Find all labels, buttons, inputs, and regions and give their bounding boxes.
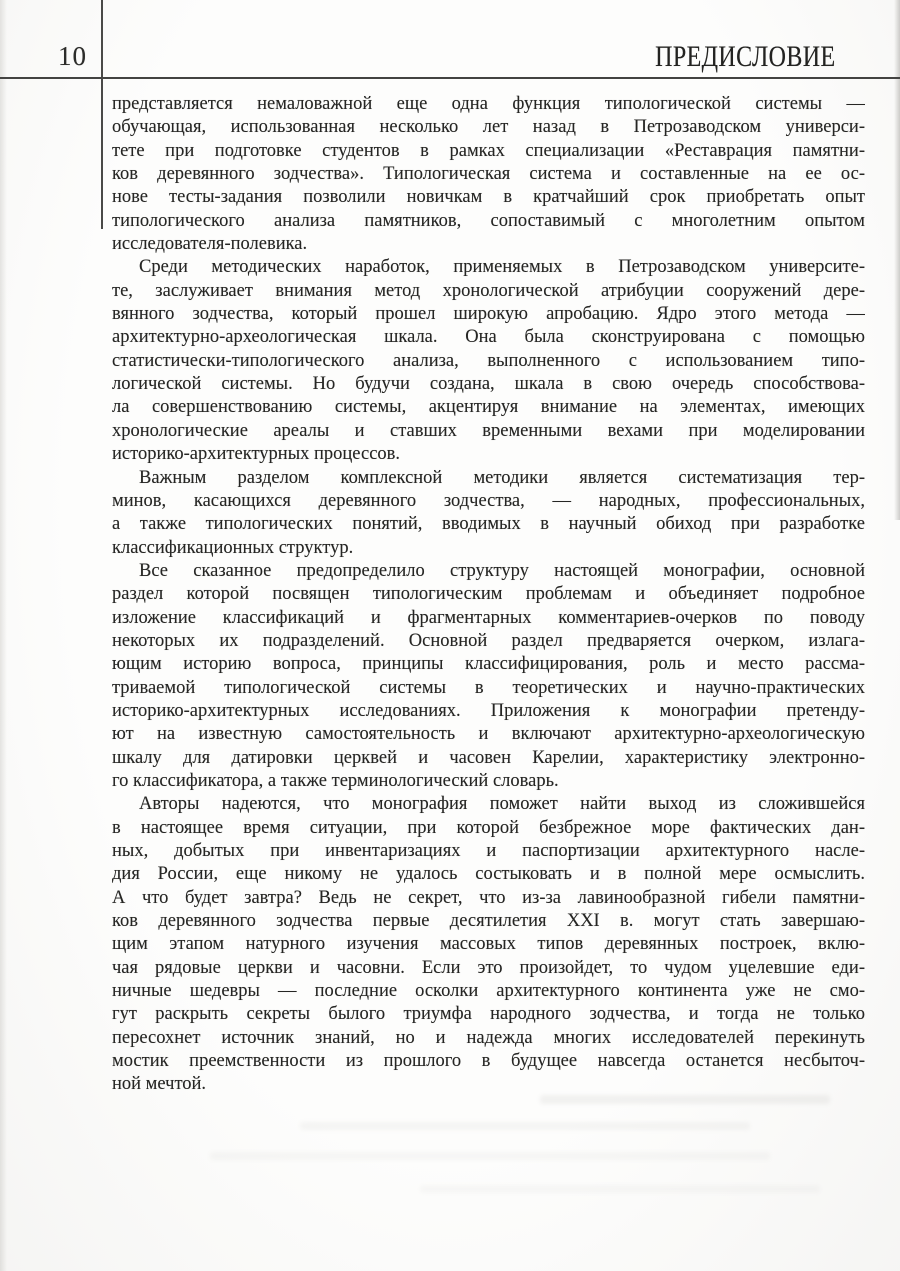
text-line: исследователя-полевика. [112,233,865,256]
text-line: Важным разделом комплексной методики явл… [112,467,865,490]
text-line: пересохнет источник знаний, но и надежда… [112,1027,865,1050]
text-line: представляется немаловажной еще одна фун… [112,93,865,116]
text-line: Все сказанное предопределило структуру н… [112,560,865,583]
text-line: логической системы. Но будучи создана, ш… [112,373,865,396]
page-number: 10 [58,41,87,72]
bleedthrough-artifact [300,1122,750,1130]
text-line: а также типологических понятий, вводимых… [112,513,865,536]
text-line: ничные шедевры — последние осколки архит… [112,980,865,1003]
text-line: ных, добытых при инвентаризациях и паспо… [112,840,865,863]
scan-edge-shadow-left [0,0,7,1271]
bleedthrough-artifact [420,1185,820,1193]
text-line: историко-архитектурных процессов. [112,443,865,466]
text-line: обучающая, использованная несколько лет … [112,116,865,139]
text-line: триваемой типологической системы в теоре… [112,677,865,700]
text-line: щим этапом натурного изучения массовых т… [112,933,865,956]
text-line: гут раскрыть секреты былого триумфа наро… [112,1003,865,1026]
text-line: чая рядовые церкви и часовни. Если это п… [112,957,865,980]
text-line: тете при подготовке студентов в рамках с… [112,140,865,163]
text-line: хронологические ареалы и ставших временн… [112,420,865,443]
text-line: ла совершенствованию системы, акцентируя… [112,396,865,419]
text-line: шкалу для датировки церквей и часовен Ка… [112,747,865,770]
text-line: А что будет завтра? Ведь не секрет, что … [112,887,865,910]
header-vertical-rule [101,0,103,229]
running-header-title: ПРЕДИСЛОВИЕ [656,40,836,74]
bleedthrough-artifact [210,1152,770,1160]
text-line: дия России, еще никому не удалось состык… [112,863,865,886]
text-line: классификационных структур. [112,537,865,560]
text-line: в настоящее время ситуации, при которой … [112,817,865,840]
text-line: раздел которой посвящен типологическим п… [112,583,865,606]
text-line: ков деревянного зодчества первые десятил… [112,910,865,933]
header-horizontal-rule [0,77,900,79]
text-line: ков деревянного зодчества». Типологическ… [112,163,865,186]
book-page: { "page": { "number": "10", "running_hea… [0,0,900,1271]
text-line: ной мечтой. [112,1073,865,1096]
text-line: некоторых их подразделений. Основной раз… [112,630,865,653]
body-text: представляется немаловажной еще одна фун… [112,93,865,1097]
text-line: Авторы надеются, что монография поможет … [112,793,865,816]
text-line: статистически-типологического анализа, в… [112,350,865,373]
bleedthrough-artifact [540,1095,830,1104]
text-line: минов, касающихся деревянного зодчества,… [112,490,865,513]
text-line: вянного зодчества, который прошел широку… [112,303,865,326]
text-line: архитектурно-археологическая шкала. Она … [112,326,865,349]
text-line: го классификатора, а также терминологиче… [112,770,865,793]
text-line: нове тесты-задания позволили новичкам в … [112,186,865,209]
text-line: те, заслуживает внимания метод хронологи… [112,280,865,303]
text-line: ют на известную самостоятельность и вклю… [112,723,865,746]
text-line: историко-архитектурных исследованиях. Пр… [112,700,865,723]
text-line: мостик преемственности из прошлого в буд… [112,1050,865,1073]
text-line: типологического анализа памятников, сопо… [112,210,865,233]
text-line: Среди методических наработок, применяемы… [112,256,865,279]
text-line: изложение классификаций и фрагментарных … [112,607,865,630]
text-line: ющим историю вопроса, принципы классифиц… [112,653,865,676]
